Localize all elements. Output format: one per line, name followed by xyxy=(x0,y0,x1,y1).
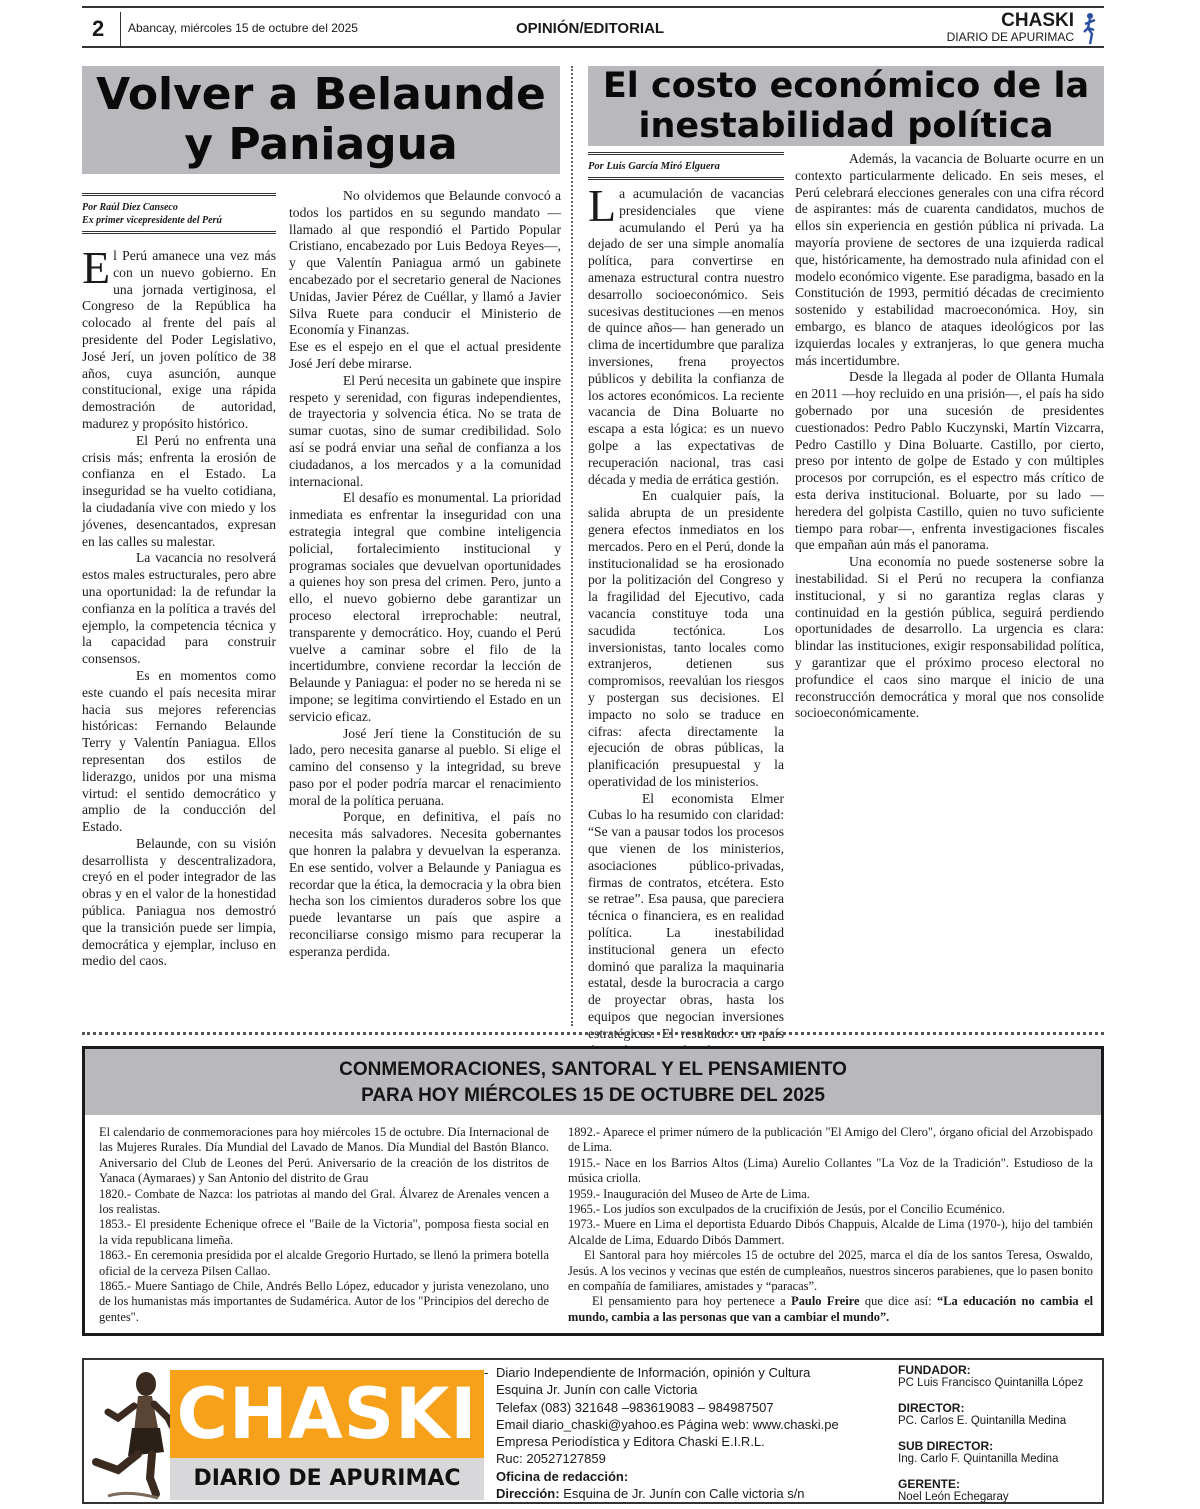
commemoration-entry: El calendario de conmemoraciones para ho… xyxy=(99,1125,549,1187)
staff-name: PC. Carlos E. Quintanilla Medina xyxy=(898,1415,1103,1428)
commemorations-box: CONMEMORACIONES, SANTORAL Y EL PENSAMIEN… xyxy=(82,1046,1104,1336)
staff-role: FUNDADOR: xyxy=(898,1364,1103,1377)
commemoration-entry: 1853.- El presidente Echenique ofrece el… xyxy=(99,1217,549,1248)
article2-column1: La acumulación de vacancias presidencial… xyxy=(588,186,784,1093)
commemoration-entry: 1973.- Muere en Lima el deportista Eduar… xyxy=(568,1217,1093,1248)
article1-author: Por Raúl Diez Canseco xyxy=(82,201,276,214)
article1-paragraph: Porque, en definitiva, el país no necesi… xyxy=(289,809,561,960)
article2-paragraph: Una economía no puede sostenerse sobre l… xyxy=(795,554,1104,722)
info-line: Email diario_chaski@yahoo.es Página web:… xyxy=(496,1416,886,1433)
commemorations-title-line2: PARA HOY MIÉRCOLES 15 DE OCTUBRE DEL 202… xyxy=(85,1083,1101,1109)
commemoration-entry: 1820.- Combate de Nazca: los patriotas a… xyxy=(99,1187,549,1218)
paragraph-text: a acumulación de vacancias presidenciale… xyxy=(588,186,784,487)
commemoration-entry: 1959.- Inauguración del Museo de Arte de… xyxy=(568,1187,1093,1202)
section-title: OPINIÓN/EDITORIAL xyxy=(516,20,664,37)
brand-name: CHASKI xyxy=(947,11,1074,30)
thought-intro: El pensamiento para hoy pertenece a xyxy=(592,1294,791,1308)
article1-paragraph: El Perú necesita un gabinete que inspire… xyxy=(289,373,561,491)
thought-of-day: El pensamiento para hoy pertenece a Paul… xyxy=(568,1294,1093,1325)
masthead: CHASKI DIARIO DE APURIMAC - Diario Indep… xyxy=(82,1358,1104,1504)
article2-paragraph: Además, la vacancia de Boluarte ocurre e… xyxy=(795,151,1104,369)
brand-subtitle: DIARIO DE APURIMAC xyxy=(947,30,1074,44)
page-header: 2 Abancay, miércoles 15 de octubre del 2… xyxy=(82,6,1104,48)
address-line: Dirección: Esquina de Jr. Junín con Call… xyxy=(496,1485,886,1502)
info-line: Telefax (083) 321648 –983619083 – 984987… xyxy=(496,1399,886,1416)
staff-name: Ing. Carlo F. Quintanilla Medina xyxy=(898,1453,1103,1466)
article2-author: Por Luis García Miró Elguera xyxy=(588,160,784,173)
commemoration-entry: 1863.- En ceremonia presidida por el alc… xyxy=(99,1248,549,1279)
address-label: Dirección: xyxy=(496,1486,560,1501)
article1-column1: El Perú amanece una vez más con un nuevo… xyxy=(82,248,276,970)
article1-column2: No olvidemos que Belaunde convocó a todo… xyxy=(289,188,561,961)
article2-paragraph: Desde la llegada al poder de Ollanta Hum… xyxy=(795,369,1104,554)
article1-paragraph: El desafío es monumental. La prioridad i… xyxy=(289,490,561,725)
article1-title-line1: Volver a Belaunde xyxy=(82,70,560,120)
chaski-runner-icon xyxy=(88,1366,172,1502)
header-divider xyxy=(120,12,121,46)
info-line: Diario Independiente de Información, opi… xyxy=(496,1364,886,1381)
thought-mid: que dice así: xyxy=(859,1294,937,1308)
office-label: Oficina de redacción: xyxy=(496,1468,886,1485)
column-divider xyxy=(571,66,574,1026)
section-divider xyxy=(82,1032,1104,1036)
staff-role: GERENTE: xyxy=(898,1478,1103,1491)
article2-paragraph: En cualquier país, la salida abrupta de … xyxy=(588,488,784,790)
page-number: 2 xyxy=(92,16,104,42)
santoral-text: El Santoral para hoy miércoles 15 de oct… xyxy=(568,1248,1093,1294)
article2-title-line1: El costo económico de la xyxy=(588,66,1104,106)
commemoration-entry: 1865.- Muere Santiago de Chile, Andrés B… xyxy=(99,1279,549,1325)
article1-paragraph: José Jerí tiene la Constitución de su la… xyxy=(289,726,561,810)
article2-byline: Por Luis García Miró Elguera xyxy=(588,152,784,180)
article1-paragraph: Ese es el espejo en el que el actual pre… xyxy=(289,339,561,373)
article1-paragraph: El Perú no enfrenta una crisis más; enfr… xyxy=(82,433,276,551)
issue-date: Abancay, miércoles 15 de octubre del 202… xyxy=(128,21,358,35)
publication-info: - Diario Independiente de Información, o… xyxy=(496,1364,886,1502)
thought-author: Paulo Freire xyxy=(791,1294,859,1308)
staff-role: DIRECTOR: xyxy=(898,1402,1103,1415)
article2-paragraph: La acumulación de vacancias presidencial… xyxy=(588,186,784,488)
staff-name: PC Luis Francisco Quintanilla López xyxy=(898,1377,1103,1390)
logo-subtitle: DIARIO DE APURIMAC xyxy=(170,1458,484,1500)
office-label-text: Oficina de redacción: xyxy=(496,1469,628,1484)
article1-paragraph: Es en momentos como este cuando el país … xyxy=(82,668,276,836)
address-value: Esquina de Jr. Junín con Calle victoria … xyxy=(560,1486,805,1501)
article2-column2: Además, la vacancia de Boluarte ocurre e… xyxy=(795,151,1104,722)
commemorations-header: CONMEMORACIONES, SANTORAL Y EL PENSAMIEN… xyxy=(85,1049,1101,1115)
article1-author-role: Ex primer vicepresidente del Perú xyxy=(82,214,276,227)
dropcap: L xyxy=(588,186,619,224)
commemorations-right-column: 1892.- Aparece el primer número de la pu… xyxy=(568,1125,1093,1325)
dropcap: E xyxy=(82,248,113,286)
info-line: Empresa Periodística y Editora Chaski E.… xyxy=(496,1433,886,1450)
article1-title: Volver a Belaunde y Paniagua xyxy=(82,66,560,174)
staff-list: FUNDADOR: PC Luis Francisco Quintanilla … xyxy=(898,1364,1103,1509)
commemoration-entry: 1965.- Los judíos son exculpados de la c… xyxy=(568,1202,1093,1217)
article2-title: El costo económico de la inestabilidad p… xyxy=(588,66,1104,146)
article2-title-line2: inestabilidad política xyxy=(588,106,1104,146)
info-line: Ruc: 20527127859 xyxy=(496,1450,886,1467)
article1-byline: Por Raúl Diez Canseco Ex primer vicepres… xyxy=(82,193,276,234)
commemoration-entry: 1915.- Nace en los Barrios Altos (Lima) … xyxy=(568,1156,1093,1187)
staff-name: Noel León Echegaray xyxy=(898,1491,1103,1504)
info-line: Esquina Jr. Junín con calle Victoria xyxy=(496,1381,886,1398)
article1-paragraph: Belaunde, con su visión desarrollista y … xyxy=(82,836,276,970)
article1-title-line2: y Paniagua xyxy=(82,120,560,170)
staff-role: SUB DIRECTOR: xyxy=(898,1440,1103,1453)
article1-paragraph: No olvidemos que Belaunde convocó a todo… xyxy=(289,188,561,339)
commemorations-left-column: El calendario de conmemoraciones para ho… xyxy=(99,1125,549,1325)
dash-mark: - xyxy=(484,1364,488,1381)
commemoration-entry: 1892.- Aparece el primer número de la pu… xyxy=(568,1125,1093,1156)
runner-icon xyxy=(1080,12,1100,46)
article1-paragraph: El Perú amanece una vez más con un nuevo… xyxy=(82,248,276,433)
logo-chaski: CHASKI xyxy=(170,1370,484,1458)
header-brand: CHASKI DIARIO DE APURIMAC xyxy=(947,11,1074,44)
article1-paragraph: La vacancia no resolverá estos males est… xyxy=(82,550,276,668)
commemorations-title-line1: CONMEMORACIONES, SANTORAL Y EL PENSAMIEN… xyxy=(85,1057,1101,1083)
